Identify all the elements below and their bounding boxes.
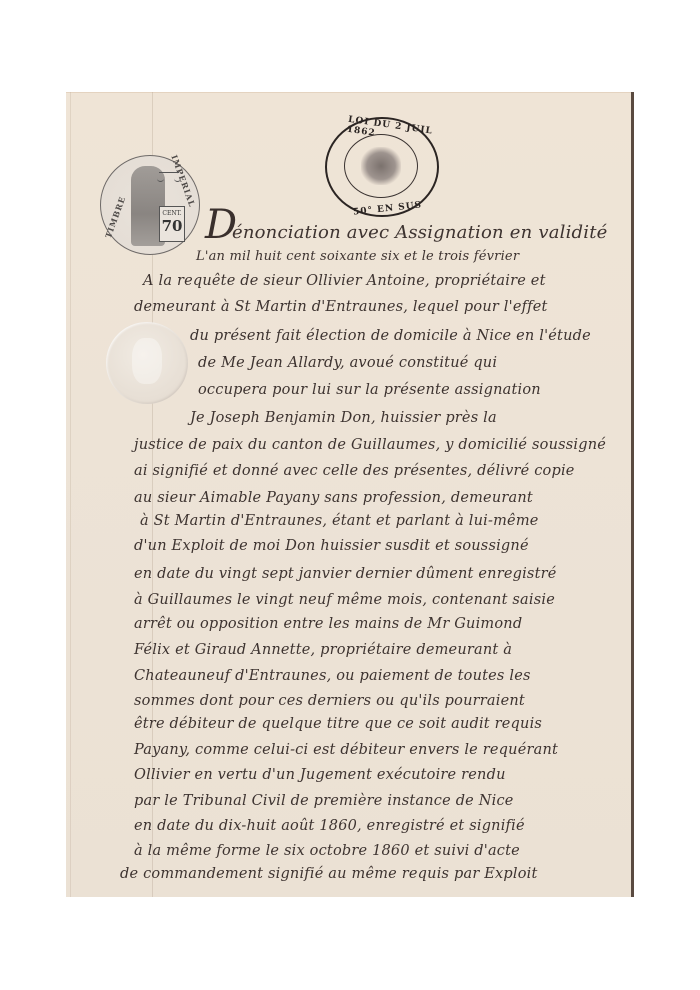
handwriting-line-12: d'un Exploit de moi Don huissier susdit … [134,538,529,554]
handwriting-line-5: de Me Jean Allardy, avoué constitué qui [198,355,497,371]
handwriting-line-9: ai signifié et donné avec celle des prés… [134,463,575,479]
handwriting-line-14: à Guillaumes le vingt neuf même mois, co… [134,592,555,608]
handwriting-line-6: occupera pour lui sur la présente assign… [198,382,541,398]
handwriting-line-8: justice de paix du canton de Guillaumes,… [134,437,606,453]
handwriting-line-13: en date du vingt sept janvier dernier dû… [134,566,557,582]
handwriting-line-23: en date du dix-huit août 1860, enregistr… [134,818,525,834]
handwriting-line-3: demeurant à St Martin d'Entraunes, leque… [134,299,548,315]
handwriting-line-4: du présent fait élection de domicile à N… [190,328,591,344]
handwriting-line-20: Payany, comme celui-ci est débiteur enve… [134,742,558,758]
stamp-denomination: CENT. 70 [159,206,185,242]
handwriting-line-24: à la même forme le six octobre 1860 et s… [134,843,520,859]
document-title: énonciation avec Assignation en validité [232,222,608,243]
handwriting-line-18: sommes dont pour ces derniers ou qu'ils … [134,693,525,709]
handwriting-line-7: Je Joseph Benjamin Don, huissier près la [190,410,497,426]
handwriting-line-2: A la requête de sieur Ollivier Antoine, … [143,273,546,289]
handwriting-line-10: au sieur Aimable Payany sans profession,… [134,490,533,506]
postmark-stamp: LOI DU 2 JUIL 1862 50° EN SUS [325,117,439,217]
handwriting-line-11: à St Martin d'Entraunes, étant et parlan… [140,513,539,529]
scales-of-justice-icon [159,172,179,187]
handwriting-line-17: Chateauneuf d'Entraunes, ou paiement de … [134,668,531,684]
handwriting-line-19: être débiteur de quelque titre que ce so… [134,716,542,732]
postmark-inner-ring [344,134,418,198]
handwriting-line-25: de commandement signifié au même requis … [120,866,538,882]
handwriting-line-22: par le Tribunal Civil de première instan… [134,793,514,809]
handwriting-line-16: Félix et Giraud Annette, propriétaire de… [134,642,512,658]
handwriting-line-15: arrêt ou opposition entre les mains de M… [134,616,522,632]
imperial-eagle-icon [361,147,401,185]
stamp-ring-text-left: TIMBRE [103,195,127,240]
embossed-seal [106,322,188,404]
handwriting-line-21: Ollivier en vertu d'un Jugement exécutoi… [134,767,506,783]
imperial-tax-stamp: TIMBRE IMPERIAL CENT. 70 [100,155,200,255]
handwriting-line-1: L'an mil huit cent soixante six et le tr… [196,249,519,264]
